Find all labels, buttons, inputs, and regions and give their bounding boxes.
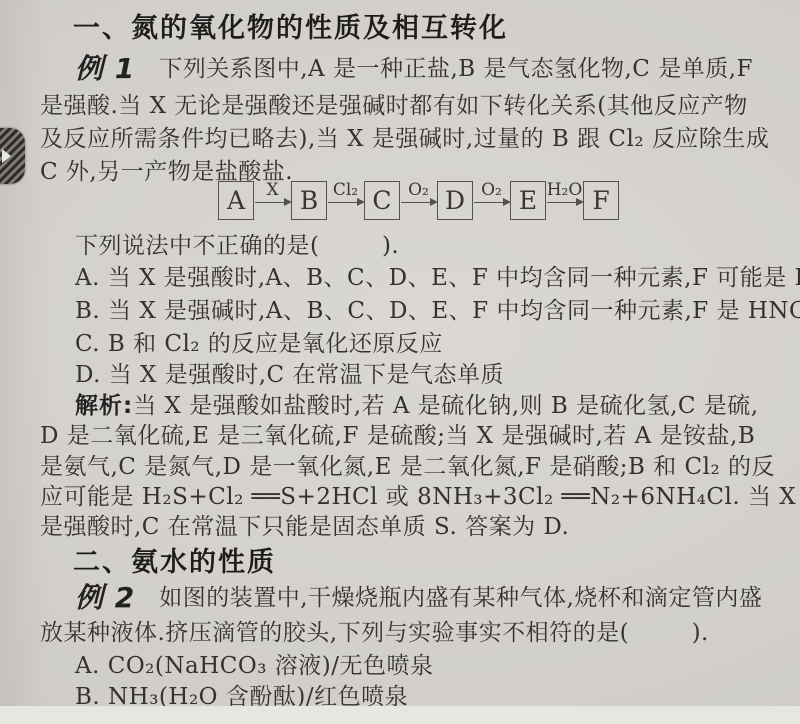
diagram-box-d: D	[437, 181, 473, 220]
arrowhead-icon	[357, 198, 365, 206]
diagram-box-c: C	[364, 181, 400, 220]
arrow-label-x: X	[266, 180, 278, 200]
diagram-box-e: E	[510, 181, 546, 220]
page-bottom-edge	[0, 706, 800, 724]
diagram-arrow-1: X	[254, 183, 291, 220]
example2-intro-line2: 放某种液体.挤压滴管的胶头,下列与实验事实不相符的是( ).	[40, 618, 709, 648]
analysis-line4-equation: 应可能是 H₂S+Cl₂ ══S+2HCl 或 8NH₃+3Cl₂ ══N₂+6…	[40, 482, 796, 512]
diagram-box-f: F	[583, 181, 619, 220]
conversion-diagram: A X B Cl₂ C O₂ D O₂ E H₂O F	[218, 176, 619, 220]
analysis-line3: 是氨气,C 是氮气,D 是一氧化氮,E 是二氧化氮,F 是硝酸;B 和 Cl₂ …	[40, 452, 775, 482]
diagram-arrow-4: O₂	[473, 183, 510, 220]
question2-option-a: A. CO₂(NaHCO₃ 溶液)/无色喷泉	[75, 651, 433, 681]
arrowhead-icon	[576, 198, 584, 206]
arrow-label-o2: O₂	[408, 180, 429, 200]
diagram-box-a: A	[218, 181, 254, 220]
example2-intro-line1: 例 2如图的装置中,干燥烧瓶内盛有某种气体,烧杯和滴定管内盛	[75, 583, 762, 613]
question1-option-b: B. 当 X 是强碱时,A、B、C、D、E、F 中均含同一种元素,F 是 HNO…	[75, 296, 800, 326]
example1-text: 下列关系图中,A 是一种正盐,B 是气态氢化物,C 是单质,F	[159, 56, 753, 82]
diagram-arrow-3: O₂	[400, 183, 437, 220]
arrowhead-icon	[503, 198, 511, 206]
analysis-line1: 解析:当 X 是强酸如盐酸时,若 A 是硫化钠,则 B 是硫化氢,C 是硫,	[75, 391, 759, 421]
analysis-label: 解析:	[75, 393, 133, 419]
diagram-box-b: B	[291, 181, 327, 220]
arrowhead-icon	[430, 198, 438, 206]
analysis-line2: D 是二氧化硫,E 是三氧化硫,F 是硫酸;当 X 是强碱时,若 A 是铵盐,B	[40, 421, 755, 451]
question1-stem: 下列说法中不正确的是( ).	[75, 231, 399, 261]
question1-option-a: A. 当 X 是强酸时,A、B、C、D、E、F 中均含同一种元素,F 可能是 H…	[75, 263, 800, 293]
marker-arrow-icon	[2, 149, 11, 163]
diagram-arrow-5: H₂O	[546, 183, 583, 220]
question1-option-c: C. B 和 Cl₂ 的反应是氧化还原反应	[75, 329, 443, 359]
question1-option-d: D. 当 X 是强酸时,C 在常温下是气态单质	[75, 360, 504, 390]
analysis-line5: 是强酸时,C 在常温下只能是固态单质 S. 答案为 D.	[40, 512, 569, 542]
analysis-text: 当 X 是强酸如盐酸时,若 A 是硫化钠,则 B 是硫化氢,C 是硫,	[133, 393, 758, 419]
arrow-label-o2b: O₂	[481, 180, 502, 200]
section2-heading: 二、氨水的性质	[73, 548, 276, 578]
section1-heading: 一、氮的氧化物的性质及相互转化	[73, 14, 508, 44]
margin-marker-icon	[0, 128, 25, 184]
example1-intro-line2: 是强酸.当 X 无论是强酸还是强碱时都有如下转化关系(其他反应产物	[40, 91, 748, 121]
textbook-page: 一、氮的氧化物的性质及相互转化 例 1下列关系图中,A 是一种正盐,B 是气态氢…	[0, 0, 800, 724]
example2-text: 如图的装置中,干燥烧瓶内盛有某种气体,烧杯和滴定管内盛	[159, 585, 762, 611]
arrow-label-cl2: Cl₂	[333, 180, 358, 200]
arrowhead-icon	[284, 198, 292, 206]
diagram-arrow-2: Cl₂	[327, 183, 364, 220]
example2-label: 例 2	[75, 581, 135, 614]
arrow-label-h2o: H₂O	[547, 180, 583, 200]
example1-intro-line1: 例 1下列关系图中,A 是一种正盐,B 是气态氢化物,C 是单质,F	[75, 54, 753, 84]
example1-label: 例 1	[75, 52, 135, 85]
example1-intro-line3: 及反应所需条件均已略去),当 X 是强碱时,过量的 B 跟 Cl₂ 反应除生成	[40, 124, 769, 154]
